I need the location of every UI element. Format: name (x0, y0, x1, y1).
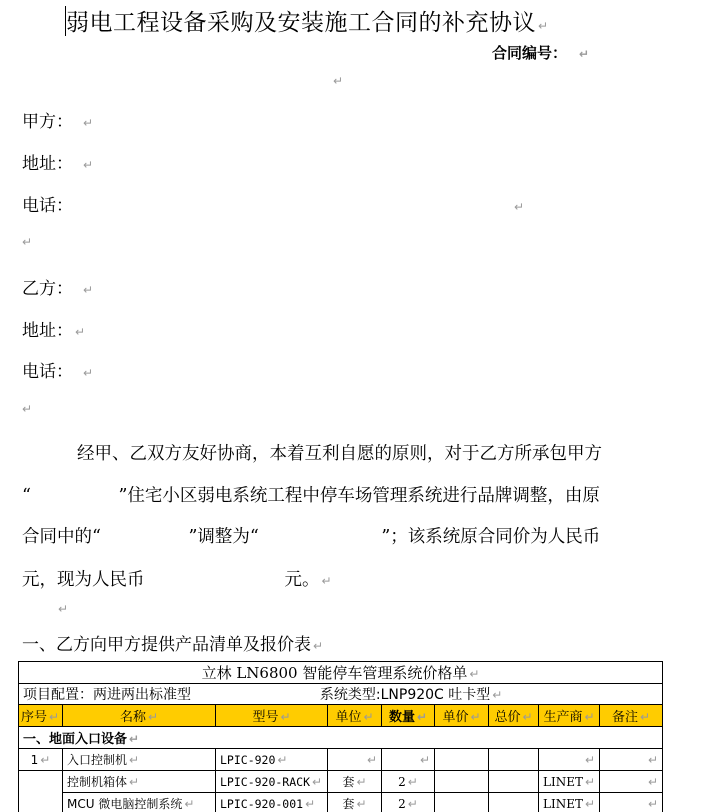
paragraph-mark-icon: ↵ (492, 688, 502, 702)
paragraph-mark-icon: ↵ (538, 19, 549, 33)
col-header: 总价↵ (489, 705, 539, 727)
table-section-row: 一、地面入口设备↵ (19, 727, 663, 749)
paragraph-mark-icon: ↵ (333, 74, 343, 88)
party-a-name: 甲方：↵ (22, 107, 93, 132)
col-header: 型号↵ (216, 705, 328, 727)
system-type: 系统类型:LNP920C 吐卡型 (320, 687, 490, 703)
table-row: 1↵ 入口控制机↵ LPIC-920↵ ↵ ↵ ↵ ↵ (19, 749, 663, 771)
paragraph-mark-icon: ↵ (579, 47, 589, 61)
table-config-row: 项目配置：两进两出标准型 系统类型:LNP920C 吐卡型↵ (19, 684, 663, 705)
paragraph-mark-icon: ↵ (83, 283, 93, 297)
table-row: MCU 微电脑控制系统↵ LPIC-920-001↵ 套↵ 2↵ LINET↵ … (19, 793, 663, 812)
body-line-4: 元，现为人民币 元。↵ (22, 566, 332, 591)
party-b-name: 乙方：↵ (22, 274, 93, 299)
col-header: 数量↵ (382, 705, 435, 727)
col-header: 序号↵ (19, 705, 63, 727)
paragraph-mark-icon: ↵ (83, 366, 93, 380)
body-line-1: 经甲、乙双方友好协商，本着互利自愿的原则，对于乙方所承包甲方 (77, 440, 602, 465)
col-header: 单价↵ (435, 705, 489, 727)
paragraph-mark-icon: ↵ (514, 200, 524, 214)
paragraph-mark-icon: ↵ (322, 574, 332, 588)
body-line-3: 合同中的“ ”调整为“ ”；该系统原合同价为人民币 (22, 523, 600, 548)
party-a-address: 地址：↵ (22, 149, 93, 174)
table-header-row: 序号↵ 名称↵ 型号↵ 单位↵ 数量↵ 单价↵ 总价↵ 生产商↵ 备注↵ (19, 705, 663, 727)
price-table: 立林 LN6800 智能停车管理系统价格单↵ 项目配置：两进两出标准型 系统类型… (18, 661, 662, 812)
table-title: 立林 LN6800 智能停车管理系统价格单↵ (19, 662, 663, 684)
document-title: 弱电工程设备采购及安装施工合同的补充协议↵ (66, 4, 549, 37)
paragraph-mark-icon: ↵ (83, 158, 93, 172)
paragraph-mark-icon: ↵ (469, 667, 479, 681)
contract-number-label: 合同编号：↵ (492, 42, 589, 63)
party-b-address: 地址：↵ (22, 316, 85, 341)
col-header: 备注↵ (600, 705, 663, 727)
paragraph-mark-icon: ↵ (313, 639, 323, 653)
col-header: 生产商↵ (539, 705, 600, 727)
section-heading: 一、乙方向甲方提供产品清单及报价表↵ (22, 630, 323, 655)
paragraph-mark-icon: ↵ (22, 235, 32, 249)
paragraph-mark-icon: ↵ (75, 325, 85, 339)
project-config: 项目配置：两进两出标准型 (23, 687, 191, 703)
paragraph-mark-icon: ↵ (83, 116, 93, 130)
party-b-phone: 电话：↵ (22, 357, 93, 382)
col-header: 单位↵ (328, 705, 382, 727)
table-row: 控制机箱体↵ LPIC-920-RACK↵ 套↵ 2↵ LINET↵ ↵ (19, 771, 663, 793)
paragraph-mark-icon: ↵ (58, 602, 68, 616)
party-a-phone: 电话：↵ (22, 191, 524, 216)
body-line-2: “ ”住宅小区弱电系统工程中停车场管理系统进行品牌调整，由原 (22, 482, 600, 507)
paragraph-mark-icon: ↵ (22, 402, 32, 416)
col-header: 名称↵ (63, 705, 216, 727)
